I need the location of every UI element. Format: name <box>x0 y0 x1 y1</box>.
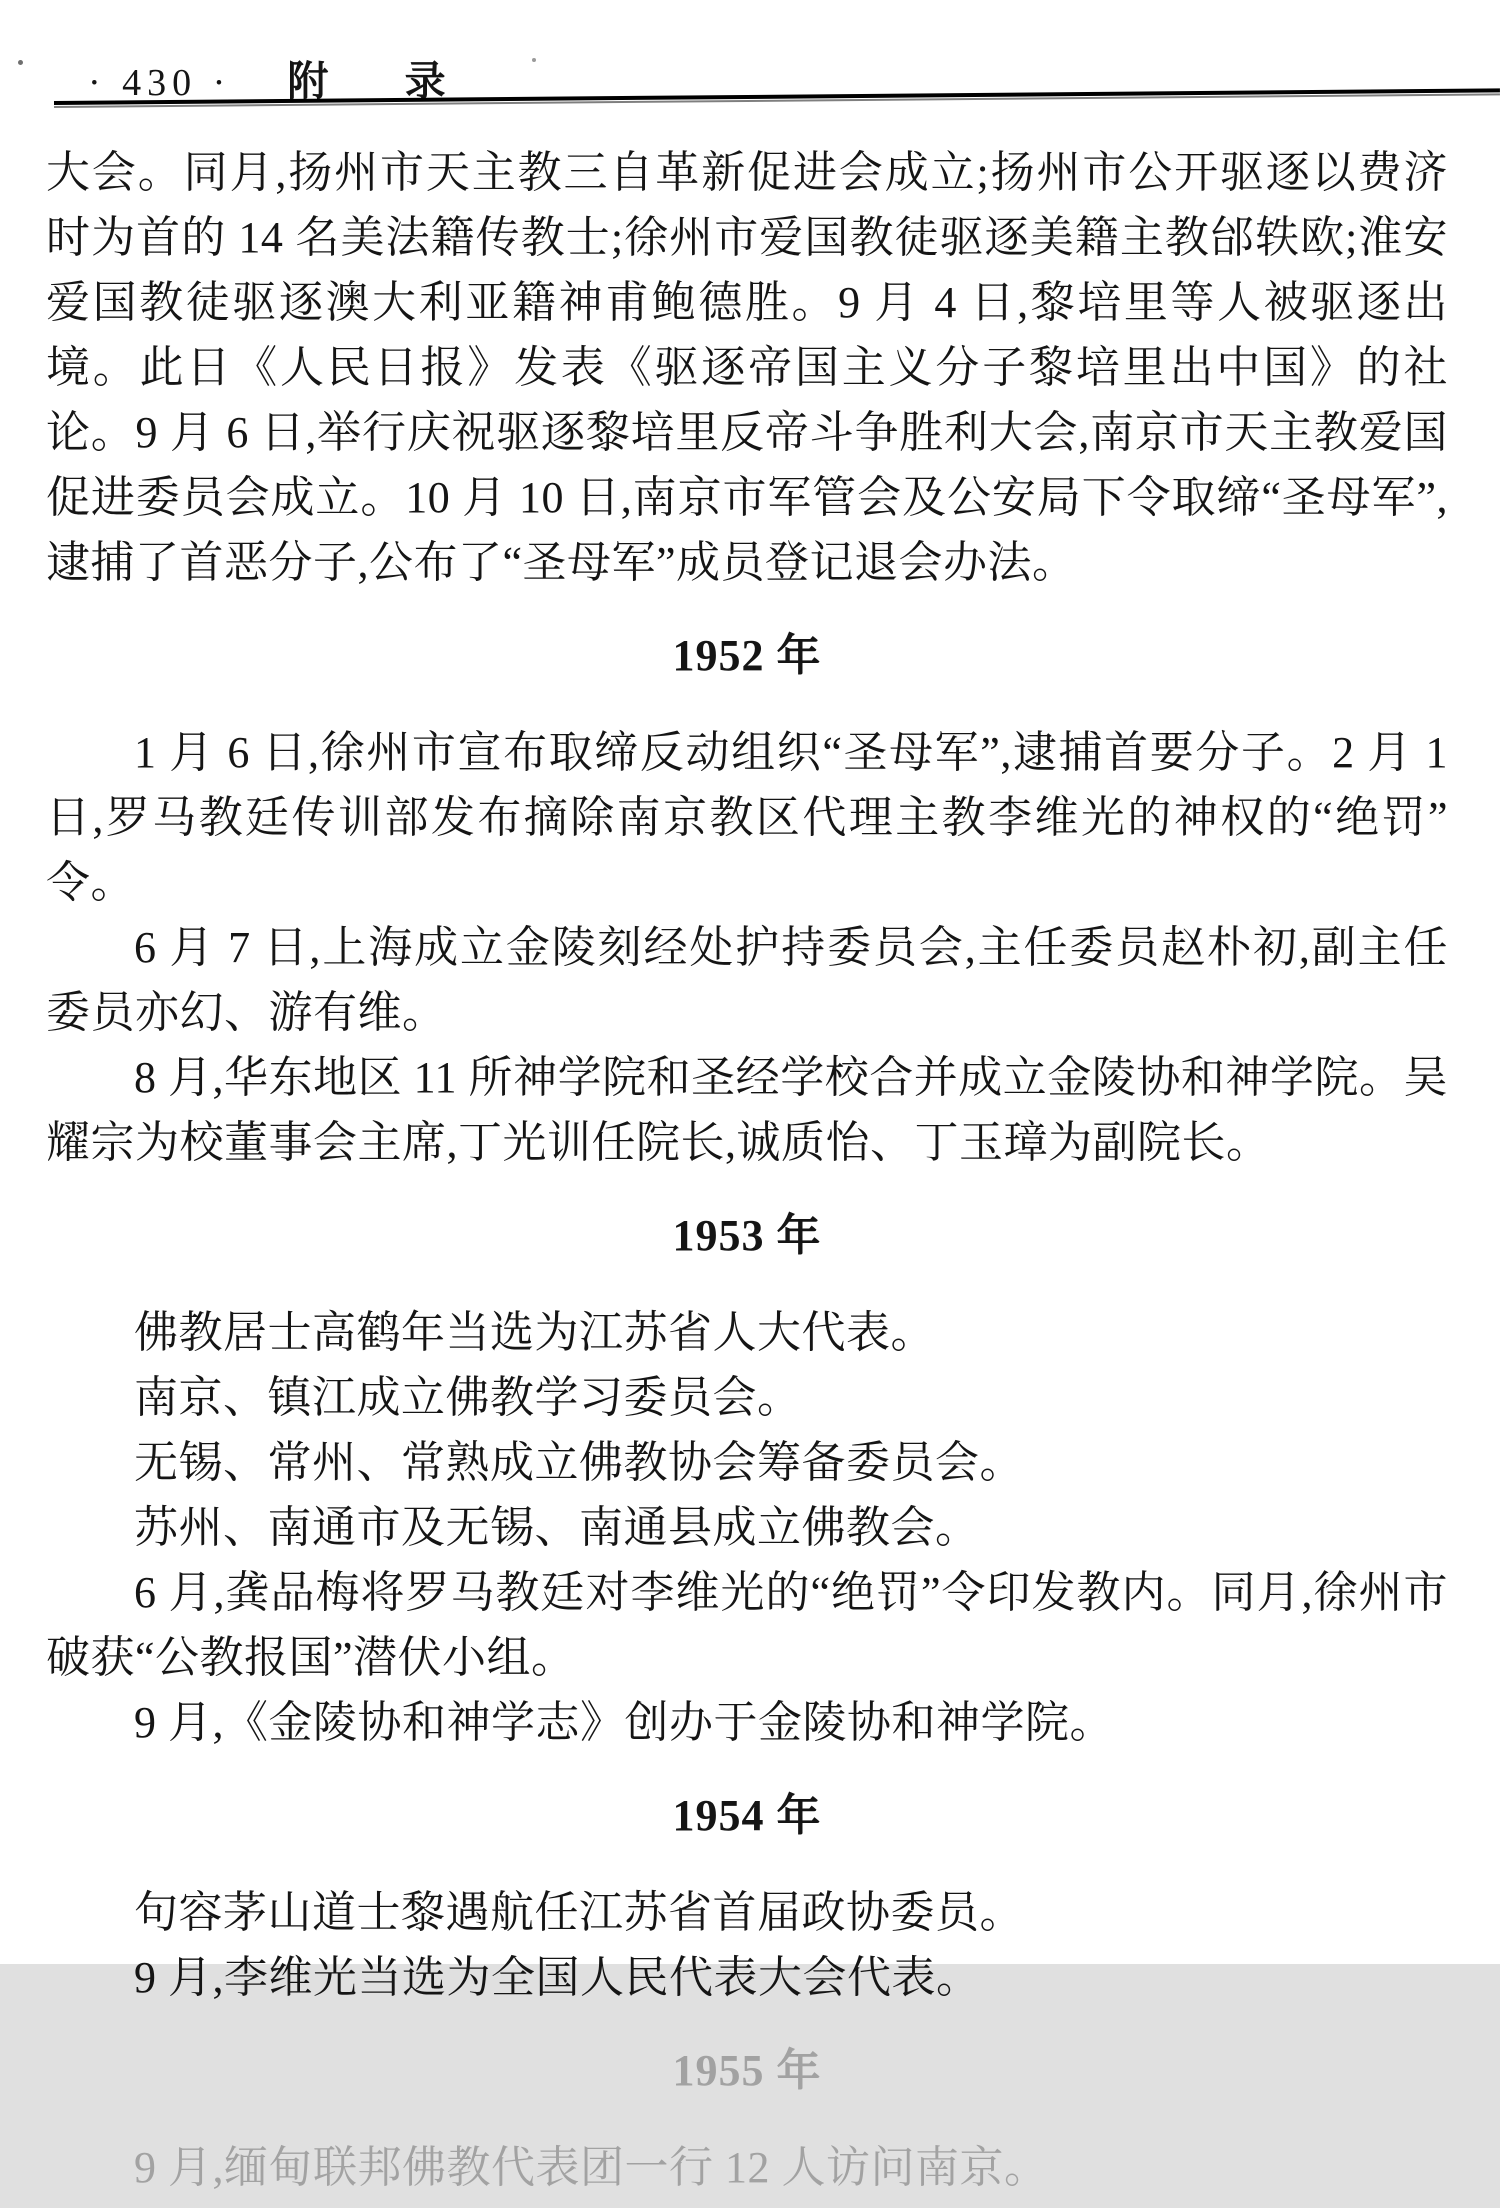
year-heading-1955: 1955 年 <box>46 2038 1448 2103</box>
paragraph-1952-jan: 1 月 6 日,徐州市宣布取缔反动组织“圣母军”,逮捕首要分子。2 月 1 日,… <box>46 720 1448 915</box>
page-number: · 430 · <box>88 61 231 105</box>
paragraph-1953-wuxi-changzhou: 无锡、常州、常熟成立佛教协会筹备委员会。 <box>46 1430 1448 1495</box>
paragraph-1952-aug: 8 月,华东地区 11 所神学院和圣经学校合并成立金陵协和神学院。吴耀宗为校董事… <box>46 1045 1448 1175</box>
paragraph-1953-sep: 9 月,《金陵协和神学志》创办于金陵协和神学院。 <box>46 1690 1448 1755</box>
paragraph-1952-jun: 6 月 7 日,上海成立金陵刻经处护持委员会,主任委员赵朴初,副主任委员亦幻、游… <box>46 915 1448 1045</box>
paragraph-1953-jun: 6 月,龚品梅将罗马教廷对李维光的“绝罚”令印发教内。同月,徐州市破获“公教报国… <box>46 1560 1448 1690</box>
book-page: · 430 · 附 录 大会。同月,扬州市天主教三自革新促进会成立;扬州市公开驱… <box>0 0 1500 2208</box>
paragraph-1954-sep: 9 月,李维光当选为全国人民代表大会代表。 <box>46 1945 1448 2010</box>
year-heading-1952: 1952 年 <box>46 623 1448 688</box>
chronicle-text: 大会。同月,扬州市天主教三自革新促进会成立;扬州市公开驱逐以费济时为首的 14 … <box>46 140 1448 2200</box>
paragraph-1953-nanjing-zhenjiang: 南京、镇江成立佛教学习委员会。 <box>46 1365 1448 1430</box>
paragraph-1955-sep: 9 月,缅甸联邦佛教代表团一行 12 人访问南京。 <box>46 2135 1448 2200</box>
paragraph-1953-gaohenian: 佛教居士高鹤年当选为江苏省人大代表。 <box>46 1300 1448 1365</box>
paragraph-1954-maoshan: 句容茅山道士黎遇航任江苏省首届政协委员。 <box>46 1880 1448 1945</box>
section-title-char: 附 <box>287 58 328 104</box>
scan-speck <box>18 60 23 65</box>
scan-speck <box>532 58 536 62</box>
year-heading-1954: 1954 年 <box>46 1783 1448 1848</box>
paragraph-1953-suzhou-nantong: 苏州、南通市及无锡、南通县成立佛教会。 <box>46 1495 1448 1560</box>
paragraph-1951-continued: 大会。同月,扬州市天主教三自革新促进会成立;扬州市公开驱逐以费济时为首的 14 … <box>46 140 1448 595</box>
year-heading-1953: 1953 年 <box>46 1203 1448 1268</box>
